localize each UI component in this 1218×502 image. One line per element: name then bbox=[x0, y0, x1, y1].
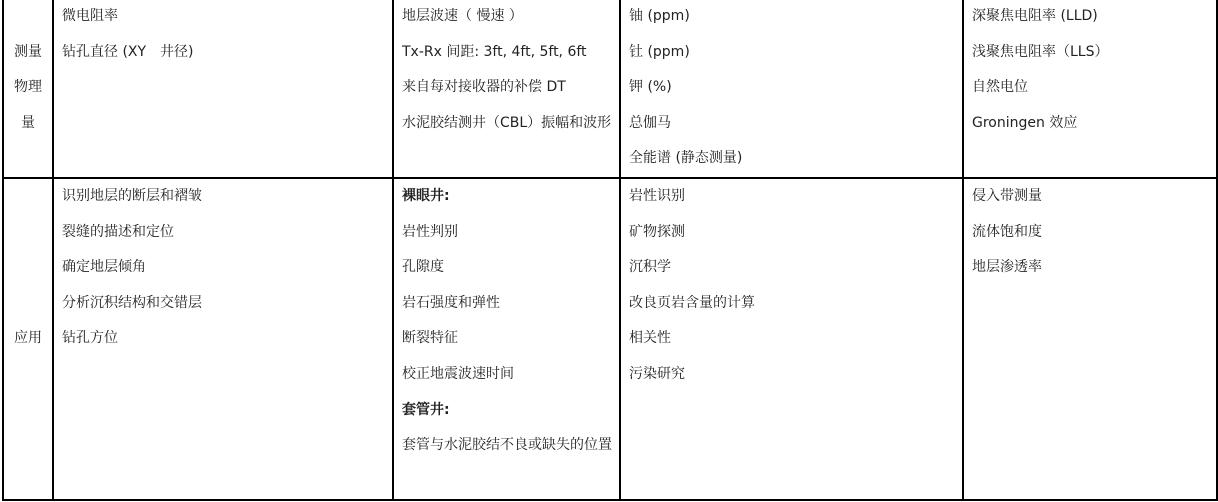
table-row-measurements: 测量物理量 微电阻率 钻孔直径 (XY 井径) 地层波速（ 慢速 ） Tx-Rx… bbox=[3, 0, 1217, 178]
table-cell-imaging-measurements: 微电阻率 钻孔直径 (XY 井径) bbox=[53, 0, 393, 178]
subheading-cased-hole: 套管井: bbox=[402, 393, 613, 429]
list-item: 裂缝的描述和定位 bbox=[62, 215, 386, 251]
logging-tools-table: 测量物理量 微电阻率 钻孔直径 (XY 井径) 地层波速（ 慢速 ） Tx-Rx… bbox=[2, 0, 1218, 501]
table-cell-laterolog-measurements: 深聚焦电阻率 (LLD) 浅聚焦电阻率（LLS） 自然电位 Groningen … bbox=[963, 0, 1217, 178]
list-item: 孔隙度 bbox=[402, 250, 613, 286]
subheading-open-hole: 裸眼井: bbox=[402, 179, 613, 215]
list-item: 全能谱 (静态测量) bbox=[629, 141, 956, 177]
list-item: 浅聚焦电阻率（LLS） bbox=[972, 35, 1210, 71]
list-item: 校正地震波速时间 bbox=[402, 357, 613, 393]
list-item: 流体饱和度 bbox=[972, 215, 1210, 251]
row-label-cell: 应用 bbox=[3, 178, 53, 500]
list-item: 钻孔直径 (XY 井径) bbox=[62, 35, 386, 71]
list-item: 来自每对接收器的补偿 DT bbox=[402, 70, 613, 106]
list-item: 套管与水泥胶结不良或缺失的位置 bbox=[402, 428, 613, 464]
table-cell-sonic-applications: 裸眼井: 岩性判别 孔隙度 岩石强度和弹性 断裂特征 校正地震波速时间 套管井:… bbox=[393, 178, 620, 500]
list-item: 地层渗透率 bbox=[972, 250, 1210, 286]
list-item: 确定地层倾角 bbox=[62, 250, 386, 286]
list-item: 识别地层的断层和褶皱 bbox=[62, 179, 386, 215]
list-item: 矿物探测 bbox=[629, 215, 956, 251]
table-cell-laterolog-applications: 侵入带测量 流体饱和度 地层渗透率 bbox=[963, 178, 1217, 500]
table-cell-sonic-measurements: 地层波速（ 慢速 ） Tx-Rx 间距: 3ft, 4ft, 5ft, 6ft … bbox=[393, 0, 620, 178]
list-item: 污染研究 bbox=[629, 357, 956, 393]
list-item: 微电阻率 bbox=[62, 0, 386, 35]
list-item: 侵入带测量 bbox=[972, 179, 1210, 215]
list-item: 深聚焦电阻率 (LLD) bbox=[972, 0, 1210, 35]
list-item: 岩石强度和弹性 bbox=[402, 286, 613, 322]
list-item: 岩性判别 bbox=[402, 215, 613, 251]
list-item: 改良页岩含量的计算 bbox=[629, 286, 956, 322]
row-label-measured-quantities: 测量物理量 bbox=[10, 35, 46, 142]
list-item: 铀 (ppm) bbox=[629, 0, 956, 35]
list-item: 岩性识别 bbox=[629, 179, 956, 215]
list-item: 沉积学 bbox=[629, 250, 956, 286]
list-item: 钾 (%) bbox=[629, 70, 956, 106]
list-item: Groningen 效应 bbox=[972, 106, 1210, 142]
row-label-applications: 应用 bbox=[10, 321, 46, 357]
list-item: 钻孔方位 bbox=[62, 321, 386, 357]
list-item: Tx-Rx 间距: 3ft, 4ft, 5ft, 6ft bbox=[402, 35, 613, 71]
list-item: 地层波速（ 慢速 ） bbox=[402, 0, 613, 35]
list-item: 钍 (ppm) bbox=[629, 35, 956, 71]
table-cell-spectral-gamma-applications: 岩性识别 矿物探测 沉积学 改良页岩含量的计算 相关性 污染研究 bbox=[620, 178, 963, 500]
list-item: 断裂特征 bbox=[402, 321, 613, 357]
list-item: 水泥胶结测井（CBL）振幅和波形 bbox=[402, 106, 613, 142]
table-cell-imaging-applications: 识别地层的断层和褶皱 裂缝的描述和定位 确定地层倾角 分析沉积结构和交错层 钻孔… bbox=[53, 178, 393, 500]
list-item: 相关性 bbox=[629, 321, 956, 357]
list-item: 分析沉积结构和交错层 bbox=[62, 286, 386, 322]
row-label-cell: 测量物理量 bbox=[3, 0, 53, 178]
list-item: 总伽马 bbox=[629, 106, 956, 142]
list-item: 自然电位 bbox=[972, 70, 1210, 106]
table-cell-spectral-gamma-measurements: 铀 (ppm) 钍 (ppm) 钾 (%) 总伽马 全能谱 (静态测量) bbox=[620, 0, 963, 178]
table-row-applications: 应用 识别地层的断层和褶皱 裂缝的描述和定位 确定地层倾角 分析沉积结构和交错层… bbox=[3, 178, 1217, 500]
